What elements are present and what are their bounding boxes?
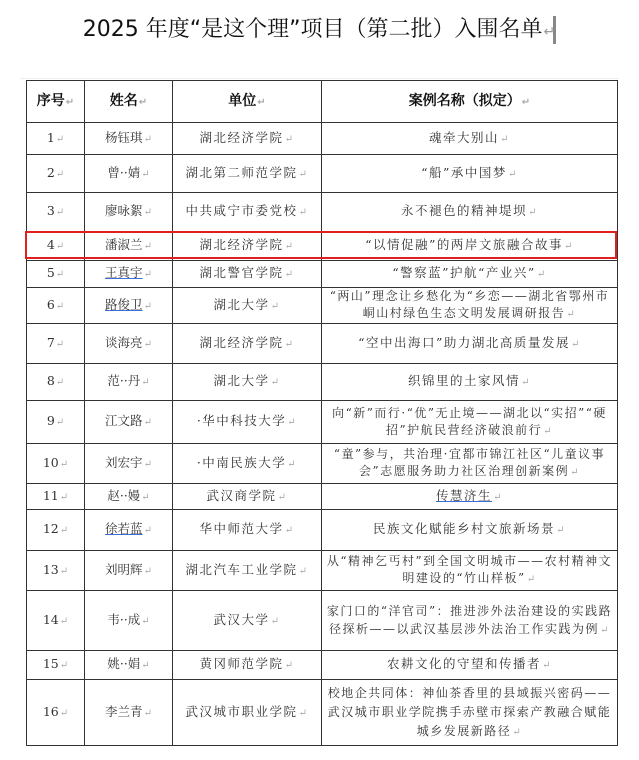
cell-no: 6↵ [27, 288, 85, 324]
cell-no: 2↵ [27, 155, 85, 193]
cell-case: 从“精神乞丐村”到全国文明城市——农村精神文明建设的“竹山样板”↵ [322, 551, 618, 591]
cell-unit: 湖北大学↵ [173, 364, 322, 401]
cell-case: 农耕文化的守望和传播者↵ [322, 651, 618, 680]
cell-no: 9↵ [27, 401, 85, 444]
header-unit: 单位↵ [173, 81, 322, 123]
cell-case: “童”参与，共治理·宜都市锦江社区“儿童议事会”志愿服务助力社区治理创新案例↵ [322, 444, 618, 484]
cell-no: 16↵ [27, 680, 85, 746]
cell-name: 韦··成↵ [85, 591, 173, 651]
cell-no: 7↵ [27, 324, 85, 364]
cell-unit: 武汉大学↵ [173, 591, 322, 651]
cell-no: 13↵ [27, 551, 85, 591]
cell-case: 民族文化赋能乡村文旅新场景↵ [322, 510, 618, 551]
shortlist-table: 序号↵ 姓名↵ 单位↵ 案例名称（拟定）↵ 1↵ 杨钰琪↵ 湖北经济学院↵ 魂牵… [26, 80, 618, 746]
cell-unit: 中共咸宁市委党校↵ [173, 193, 322, 232]
cell-name: 曾··婧↵ [85, 155, 173, 193]
cell-name: 潘淑兰↵ [85, 232, 173, 261]
cell-no: 11↵ [27, 484, 85, 510]
table-row: 15↵ 姚··娟↵ 黄冈师范学院↵ 农耕文化的守望和传播者↵ [27, 651, 618, 680]
cell-unit: 华中师范大学↵ [173, 510, 322, 551]
document-title: 2025 年度“是这个理”项目（第二批）入围名单↵ [0, 12, 639, 44]
cell-unit: 湖北经济学院↵ [173, 123, 322, 155]
cell-case: 魂牵大别山↵ [322, 123, 618, 155]
title-text: 2025 年度“是这个理”项目（第二批）入围名单 [83, 17, 543, 42]
table-row: 11↵ 赵··嫚↵ 武汉商学院↵ 传慧济生↵ [27, 484, 618, 510]
table-row: 14↵ 韦··成↵ 武汉大学↵ 家门口的“洋官司”：推进涉外法治建设的实践路径探… [27, 591, 618, 651]
cell-no: 14↵ [27, 591, 85, 651]
cell-case: 传慧济生↵ [322, 484, 618, 510]
divider [20, 78, 619, 79]
cell-case: “船”承中国梦↵ [322, 155, 618, 193]
cell-no: 8↵ [27, 364, 85, 401]
table-row: 2↵ 曾··婧↵ 湖北第二师范学院↵ “船”承中国梦↵ [27, 155, 618, 193]
table-row: 16↵ 李兰青↵ 武汉城市职业学院↵ 校地企共同体：神仙茶香里的县域振兴密码——… [27, 680, 618, 746]
cell-no: 15↵ [27, 651, 85, 680]
cell-name: 赵··嫚↵ [85, 484, 173, 510]
table-row-highlighted: 4↵ 潘淑兰↵ 湖北经济学院↵ “以情促融”的两岸文旅融合故事↵ [27, 232, 618, 261]
cell-name: 谈海亮↵ [85, 324, 173, 364]
cell-case: “两山”理念让乡愁化为“乡恋——湖北省鄂州市峒山村绿色生态文明发展调研报告↵ [322, 288, 618, 324]
cell-unit: ·中南民族大学↵ [173, 444, 322, 484]
cell-unit: 湖北第二师范学院↵ [173, 155, 322, 193]
header-name: 姓名↵ [85, 81, 173, 123]
cell-no: 5↵ [27, 261, 85, 288]
cell-case: 校地企共同体：神仙茶香里的县域振兴密码——武汉城市职业学院携手赤壁市探索产教融合… [322, 680, 618, 746]
cell-no: 3↵ [27, 193, 85, 232]
header-case: 案例名称（拟定）↵ [322, 81, 618, 123]
cell-name: 廖咏絮↵ [85, 193, 173, 232]
table-row: 10↵ 刘宏宇↵ ·中南民族大学↵ “童”参与，共治理·宜都市锦江社区“儿童议事… [27, 444, 618, 484]
cell-unit: 黄冈师范学院↵ [173, 651, 322, 680]
cell-no: 10↵ [27, 444, 85, 484]
cell-name: 路俊卫↵ [85, 288, 173, 324]
cell-name: 王真宇↵ [85, 261, 173, 288]
table-row: 12↵ 徐若蓝↵ 华中师范大学↵ 民族文化赋能乡村文旅新场景↵ [27, 510, 618, 551]
cell-unit: 武汉城市职业学院↵ [173, 680, 322, 746]
table-row: 9↵ 江文路↵ ·华中科技大学↵ 向“新”而行·“优”无止境——湖北以“实招”“… [27, 401, 618, 444]
cell-unit: ·华中科技大学↵ [173, 401, 322, 444]
table-row: 8↵ 范··丹↵ 湖北大学↵ 织锦里的土家风情↵ [27, 364, 618, 401]
table-row: 6↵ 路俊卫↵ 湖北大学↵ “两山”理念让乡愁化为“乡恋——湖北省鄂州市峒山村绿… [27, 288, 618, 324]
cell-name: 范··丹↵ [85, 364, 173, 401]
cell-name: 杨钰琪↵ [85, 123, 173, 155]
cell-case: “以情促融”的两岸文旅融合故事↵ [322, 232, 618, 261]
text-cursor [553, 16, 556, 44]
cell-case: 织锦里的土家风情↵ [322, 364, 618, 401]
cell-unit: 武汉商学院↵ [173, 484, 322, 510]
cell-name: 刘明辉↵ [85, 551, 173, 591]
header-no: 序号↵ [27, 81, 85, 123]
cell-case: 永不褪色的精神堤坝↵ [322, 193, 618, 232]
cell-name: 刘宏宇↵ [85, 444, 173, 484]
table-header-row: 序号↵ 姓名↵ 单位↵ 案例名称（拟定）↵ [27, 81, 618, 123]
cell-unit: 湖北经济学院↵ [173, 232, 322, 261]
cell-name: 江文路↵ [85, 401, 173, 444]
cell-case: “空中出海口”助力湖北高质量发展↵ [322, 324, 618, 364]
cell-name: 徐若蓝↵ [85, 510, 173, 551]
table-row: 1↵ 杨钰琪↵ 湖北经济学院↵ 魂牵大别山↵ [27, 123, 618, 155]
cell-case: 向“新”而行·“优”无止境——湖北以“实招”“硬招”护航民营经济破浪前行↵ [322, 401, 618, 444]
cell-case: 家门口的“洋官司”：推进涉外法治建设的实践路径探析——以武汉基层涉外法治工作实践… [322, 591, 618, 651]
table-row: 5↵ 王真宇↵ 湖北警官学院↵ “警察蓝”护航“产业兴”↵ [27, 261, 618, 288]
cell-name: 李兰青↵ [85, 680, 173, 746]
table-row: 7↵ 谈海亮↵ 湖北经济学院↵ “空中出海口”助力湖北高质量发展↵ [27, 324, 618, 364]
table-row: 13↵ 刘明辉↵ 湖北汽车工业学院↵ 从“精神乞丐村”到全国文明城市——农村精神… [27, 551, 618, 591]
cell-case: “警察蓝”护航“产业兴”↵ [322, 261, 618, 288]
table-row: 3↵ 廖咏絮↵ 中共咸宁市委党校↵ 永不褪色的精神堤坝↵ [27, 193, 618, 232]
cell-unit: 湖北经济学院↵ [173, 324, 322, 364]
cell-name: 姚··娟↵ [85, 651, 173, 680]
cell-no: 4↵ [27, 232, 85, 261]
cell-unit: 湖北汽车工业学院↵ [173, 551, 322, 591]
cell-no: 1↵ [27, 123, 85, 155]
cell-unit: 湖北大学↵ [173, 288, 322, 324]
cell-no: 12↵ [27, 510, 85, 551]
cell-unit: 湖北警官学院↵ [173, 261, 322, 288]
